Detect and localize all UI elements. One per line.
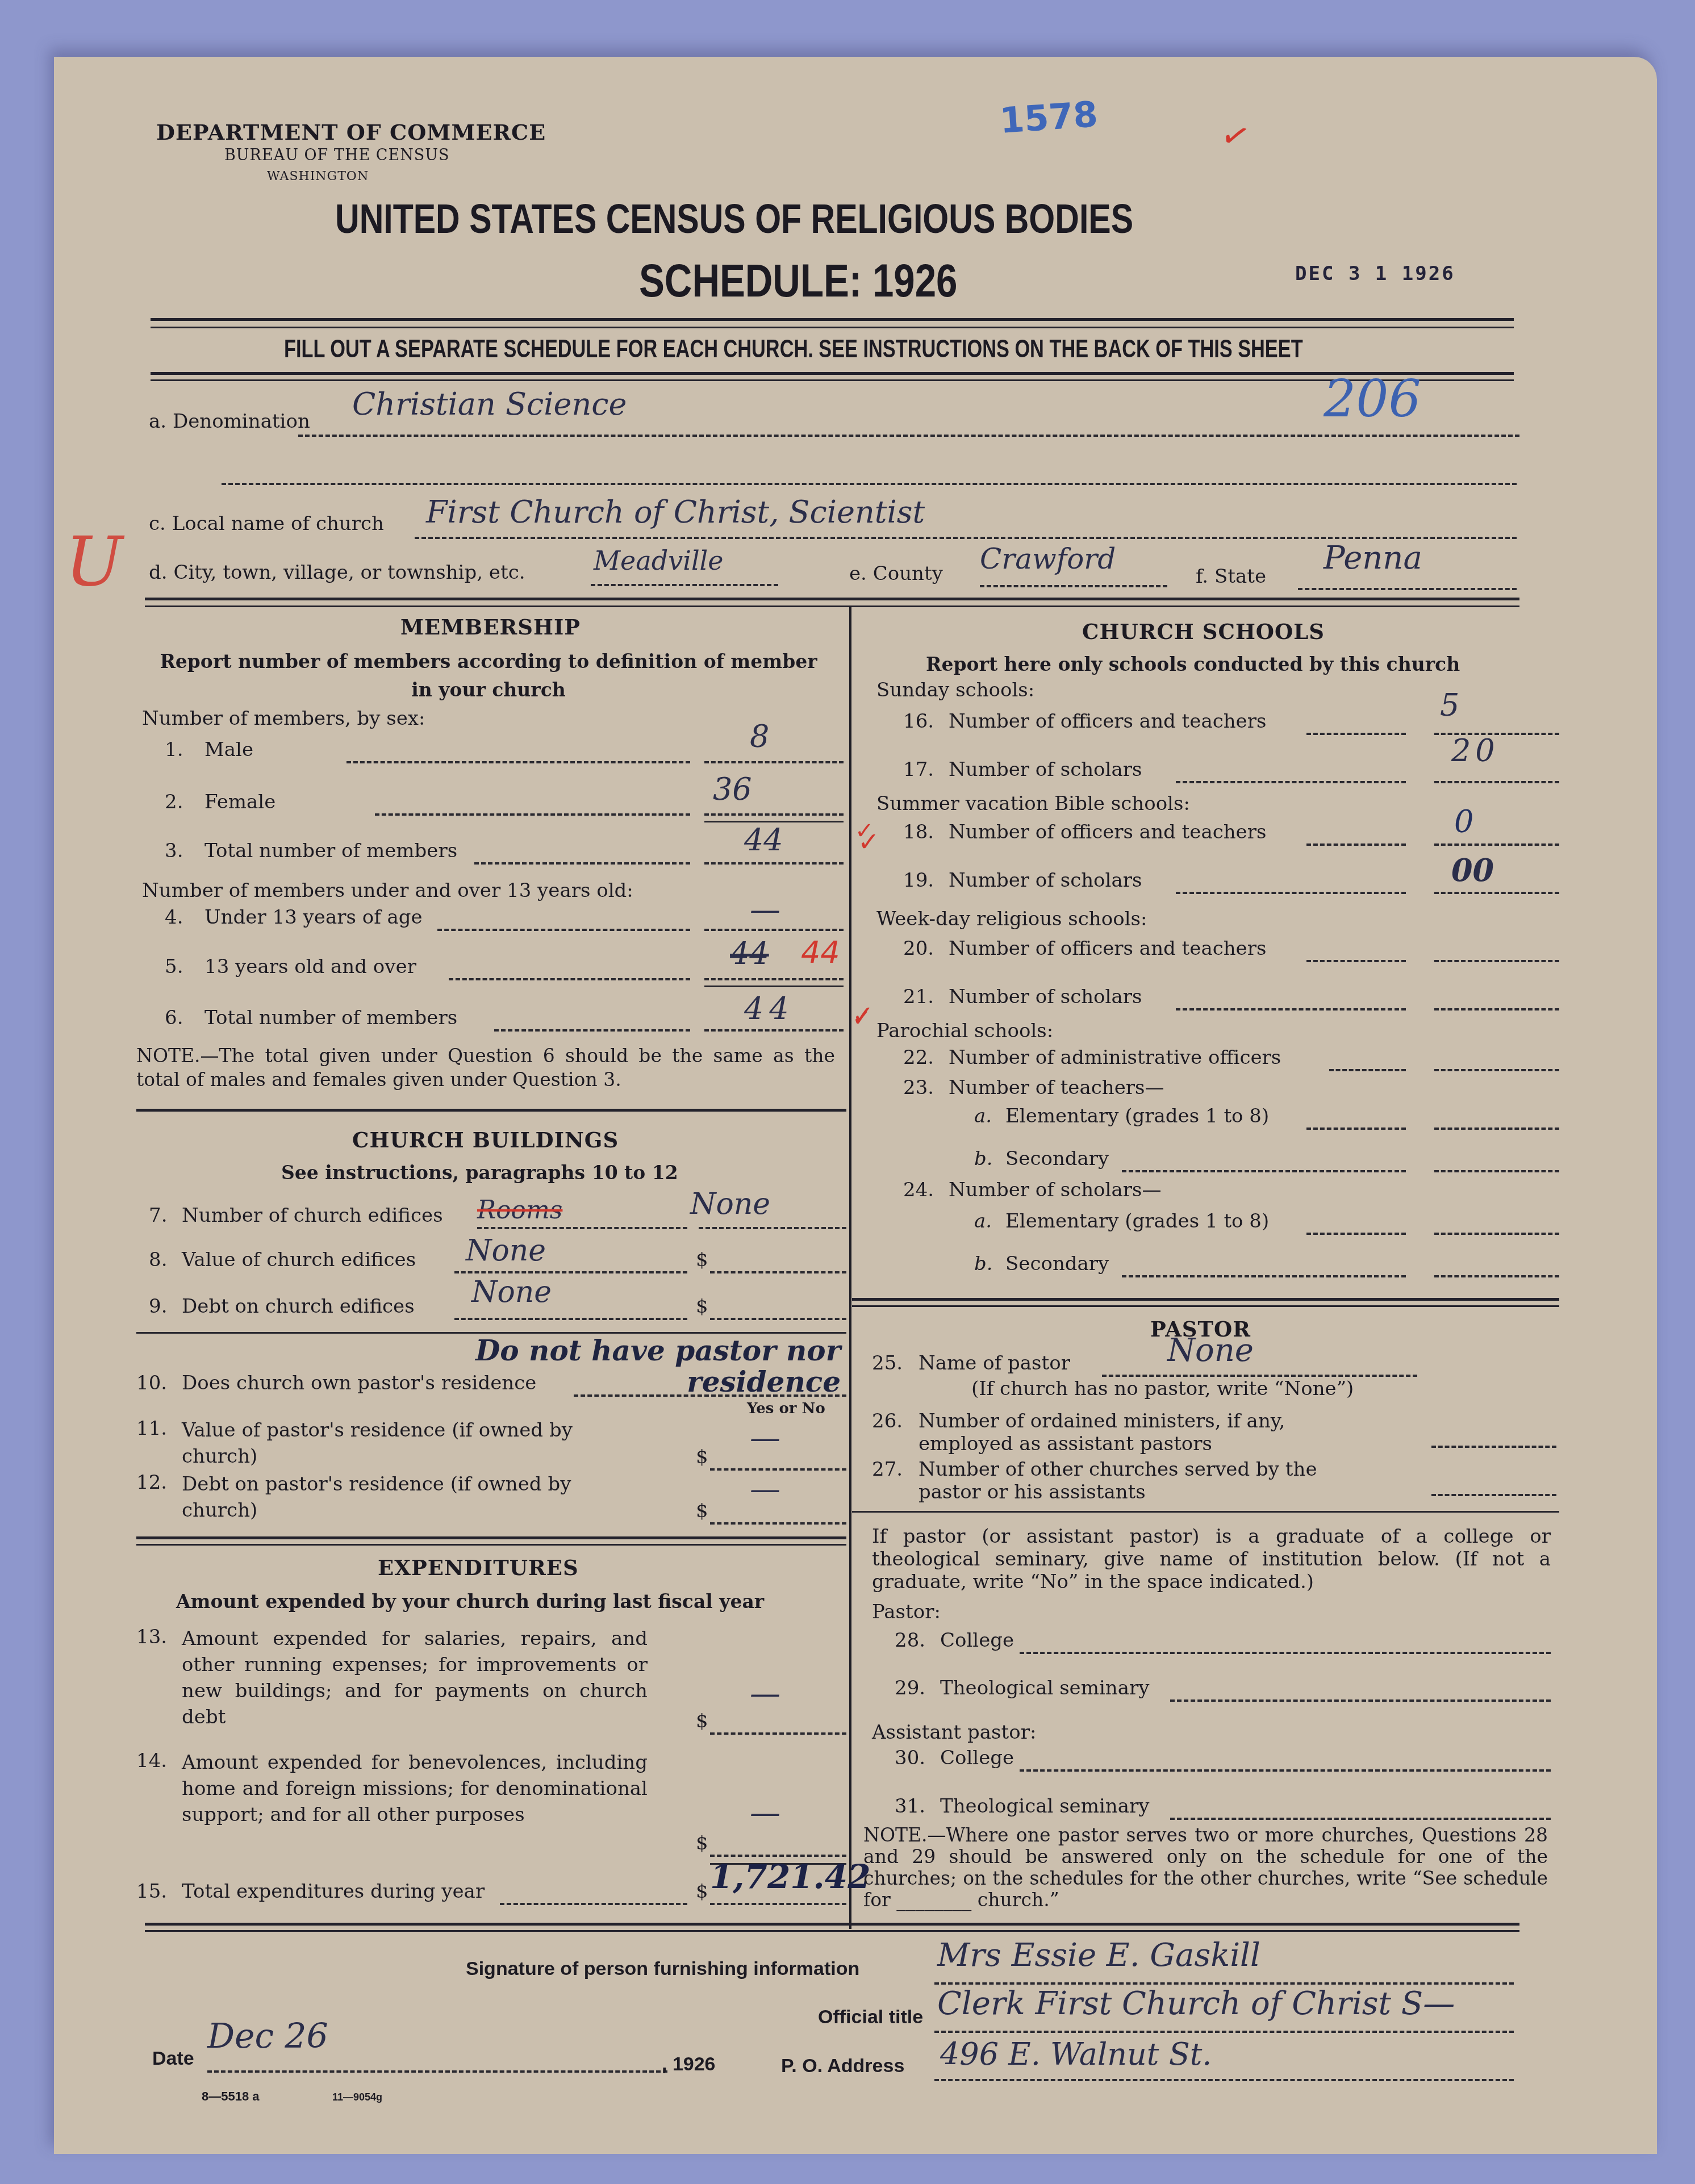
q12-label: Debt on pastor's residence (if owned by … [182,1471,648,1523]
q6-total-field[interactable]: 44 [744,991,795,1027]
q4-label: Under 13 years of age [204,906,423,929]
membership-heading: MEMBERSHIP [400,615,581,640]
q6-label: Total number of members [204,1007,457,1029]
q27-number: 27. [872,1458,903,1481]
membership-subheading: Report number of members according to de… [153,648,824,704]
instructions-banner: FILL OUT A SEPARATE SCHEDULE FOR EACH CH… [284,335,1303,364]
q23-label: Number of teachers— [949,1076,1164,1099]
q7-field-line [699,1227,846,1229]
membership-note: NOTE.—The total given under Question 6 s… [136,1044,835,1092]
q13-field-line [710,1732,846,1735]
q24a-letter: a. [974,1210,992,1233]
q5-struck-value: 44 [730,936,769,972]
state-field[interactable]: Penna [1324,540,1422,577]
q6-field-line [704,1029,844,1032]
q31-number: 31. [895,1795,925,1818]
county-field[interactable]: Crawford [980,542,1116,575]
q1-male-field[interactable]: 8 [750,719,769,754]
date-label: Date [152,2048,194,2070]
leader-dots [1306,1128,1406,1130]
age-group-label: Number of members under and over 13 year… [142,879,633,902]
state-label: f. State [1196,565,1266,588]
q3-field-line [704,862,844,865]
church-schools-heading: CHURCH SCHOOLS [1082,619,1325,644]
received-date-stamp: DEC 3 1 1926 [1295,262,1455,285]
official-title-field-line [934,2031,1514,2033]
section-rule [136,1544,846,1546]
church-schools-subheading: Report here only schools conducted by th… [926,653,1460,675]
q17-sunday-scholars-field[interactable]: 20 [1451,733,1500,769]
column-divider [849,605,851,1929]
q20-number: 20. [903,937,934,960]
summer-schools-label: Summer vacation Bible schools: [876,792,1190,815]
q26-label: Number of ordained ministers, if any, em… [919,1410,1367,1455]
q27-other-churches-field[interactable] [1431,1494,1556,1496]
leader-dots [1176,892,1406,894]
q1-label: Male [204,738,253,761]
q13-running-expenses-field[interactable]: — [750,1676,780,1711]
q16-label: Number of officers and teachers [949,710,1266,733]
q15-field-line [710,1903,846,1905]
signature-field[interactable]: Mrs Essie E. Gaskill [937,1937,1260,1974]
form-number: 8—5518 a [202,2089,260,2104]
city-field-line [591,584,778,586]
pastor-education-label: Pastor: [872,1601,941,1623]
leader-dots [454,1271,687,1273]
signature-label: Signature of person furnishing informati… [466,1958,859,1980]
state-field-line [1298,588,1517,590]
date-field[interactable]: Dec 26 [207,2016,328,2056]
q25-number: 25. [872,1352,903,1375]
leader-dots [1306,733,1406,735]
q30-label: College [940,1747,1014,1769]
review-tick-icon: ✓ [852,1005,871,1032]
leader-dots [449,978,690,980]
schedule-year: SCHEDULE: 1926 [639,254,958,308]
leader-dots [474,862,690,865]
q16-sunday-officers-field[interactable]: 5 [1440,687,1459,723]
q12-field-line [710,1522,846,1525]
section-rule [852,1511,1559,1513]
q24a-label: Elementary (grades 1 to 8) [1005,1210,1269,1233]
city-field[interactable]: Meadville [594,545,724,576]
q10-number: 10. [136,1372,167,1394]
denomination-continuation-line [222,483,1517,485]
leader-dots [346,761,690,763]
q25-label: Name of pastor [919,1352,1070,1375]
q25-pastor-name-field[interactable]: None [1167,1332,1254,1369]
q7-label: Number of church edifices [182,1204,443,1227]
q25-hint: (If church has no pastor, write “None”) [971,1377,1354,1400]
q17-label: Number of scholars [949,758,1142,781]
leader-dots [454,1318,687,1320]
leader-dots [375,813,690,816]
q4-number: 4. [165,906,183,929]
q29-seminary-field[interactable] [1170,1699,1551,1702]
q27-label: Number of other churches served by the p… [919,1458,1367,1504]
church-buildings-subheading: See instructions, paragraphs 10 to 12 [281,1162,678,1184]
q26-number: 26. [872,1410,903,1433]
header-rule [151,318,1514,321]
county-field-line [980,585,1167,587]
leader-dots [1176,1008,1406,1010]
q10-hint: Yes or No [747,1400,825,1417]
bureau-name: BUREAU OF THE CENSUS [224,147,450,164]
margin-mark: U [65,523,123,602]
q19-label: Number of scholars [949,869,1142,892]
section-rule [852,1298,1559,1301]
date-field-line [207,2070,667,2073]
q24-label: Number of scholars— [949,1179,1161,1201]
q23a-elementary-teachers-field[interactable] [1434,1128,1559,1130]
q25-field-line [1102,1375,1417,1377]
q15-total-expenditures-field[interactable]: 1,721.42 [710,1857,871,1896]
church-buildings-heading: CHURCH BUILDINGS [352,1128,619,1152]
county-label: e. County [849,562,943,585]
denomination-field[interactable]: Christian Science [352,386,627,422]
q3-number: 3. [165,840,183,862]
section-rule [136,1109,846,1112]
section-rule [145,605,1519,607]
leader-dots [500,1903,687,1905]
q21-weekday-scholars-field[interactable] [1434,1008,1559,1010]
dollar-sign: $ [696,1295,708,1318]
assistant-education-label: Assistant pastor: [872,1721,1036,1744]
q11-value-field[interactable]: — [750,1420,780,1456]
q23-number: 23. [903,1076,934,1099]
local-name-field[interactable]: First Church of Christ, Scientist [426,494,925,530]
q8-label: Value of church edifices [182,1248,416,1271]
q21-number: 21. [903,985,934,1008]
leader-dots [1122,1275,1406,1277]
q11-field-line [710,1468,846,1471]
weekday-schools-label: Week-day religious schools: [876,908,1147,930]
pastor-note: NOTE.—Where one pastor serves two or mor… [863,1824,1548,1911]
local-name-label: c. Local name of church [149,512,384,535]
q23a-label: Elementary (grades 1 to 8) [1005,1105,1269,1128]
footer-rule [145,1930,1519,1932]
bureau-city: WASHINGTON [267,169,369,183]
q7-struck-text: Rooms [477,1196,562,1225]
q24-number: 24. [903,1179,934,1201]
official-title-label: Official title [818,2006,923,2028]
dollar-sign: $ [696,1880,708,1903]
q19-summer-scholars-field[interactable]: 00 [1451,852,1494,888]
banner-rule [151,379,1514,381]
header-rule [151,327,1514,328]
q26-assistant-ministers-field[interactable] [1431,1446,1556,1448]
section-rule [145,598,1519,600]
q9-inline-value: None [471,1275,552,1309]
review-tick-icon: ✓ [855,818,874,844]
q13-number: 13. [136,1626,167,1648]
sunday-schools-label: Sunday schools: [876,679,1034,701]
dollar-sign: $ [696,1710,708,1732]
q14-benevolences-field[interactable]: — [750,1795,780,1831]
q11-label: Value of pastor's residence (if owned by… [182,1417,648,1469]
q1-field-line [704,761,844,763]
q1-number: 1. [165,738,183,761]
q2-female-field[interactable]: 36 [713,771,752,807]
expenditures-subheading: Amount expended by your church during la… [176,1590,764,1613]
po-address-label: P. O. Address [781,2055,904,2077]
q22-label: Number of administrative officers [949,1046,1281,1069]
dollar-sign: $ [696,1248,708,1271]
q23b-label: Secondary [1005,1147,1109,1170]
q20-label: Number of officers and teachers [949,937,1266,960]
q5-over13-field[interactable]: 44 [801,934,840,970]
q18-number: 18. [903,821,934,843]
q7-number: 7. [149,1204,167,1227]
leader-dots [494,1029,690,1032]
q16-number: 16. [903,710,934,733]
q14-number: 14. [136,1749,167,1772]
q21-label: Number of scholars [949,985,1142,1008]
department-name: DEPARTMENT OF COMMERCE [156,119,546,145]
leader-dots [1306,960,1406,962]
leader-dots [1176,781,1406,783]
q28-number: 28. [895,1629,925,1652]
q24a-elementary-scholars-field[interactable] [1434,1233,1559,1235]
q17-number: 17. [903,758,934,781]
q3-total-field[interactable]: 44 [744,822,783,858]
leader-dots [1329,1069,1406,1071]
q11-number: 11. [136,1417,167,1440]
section-rule [136,1536,846,1539]
denomination-label: a. Denomination [149,410,310,433]
section-rule [852,1305,1559,1307]
q30-college-field[interactable] [1020,1769,1551,1772]
local-name-field-line [415,537,1517,539]
leader-dots [1122,1170,1406,1172]
q8-inline-value: None [466,1234,546,1268]
parochial-schools-label: Parochial schools: [876,1020,1053,1042]
leader-dots [1306,1233,1406,1235]
q23a-letter: a. [974,1105,992,1128]
city-label: d. City, town, village, or township, etc… [149,561,525,584]
education-instructions: If pastor (or assistant pastor) is a gra… [872,1525,1551,1593]
q28-label: College [940,1629,1014,1652]
q5-label: 13 years old and over [204,955,416,978]
sum-rule [704,985,844,987]
q2-label: Female [204,791,275,813]
leader-dots [437,929,690,931]
q19-number: 19. [903,869,934,892]
q12-number: 12. [136,1471,167,1494]
q3-label: Total number of members [204,840,457,862]
dollar-sign: $ [696,1832,708,1855]
q23b-letter: b. [974,1147,993,1170]
banner-rule [151,372,1514,375]
denomination-field-line [298,435,1519,437]
q4-under13-field[interactable]: — [750,892,780,928]
q2-field-line [704,813,844,816]
q5-field-line [704,978,844,980]
po-address-field[interactable]: 496 E. Walnut St. [940,2036,1212,2072]
q15-number: 15. [136,1880,167,1903]
members-by-sex-label: Number of members, by sex: [142,707,425,730]
print-code: 11—9054g [332,2091,382,2103]
q15-label: Total expenditures during year [182,1880,485,1903]
form-title: UNITED STATES CENSUS OF RELIGIOUS BODIES [335,196,1133,243]
q6-number: 6. [165,1007,183,1029]
q31-label: Theological seminary [940,1795,1149,1818]
leader-dots [477,1227,687,1229]
q28-college-field[interactable] [1020,1652,1551,1654]
q17-field-line [1434,781,1559,783]
q12-debt-field[interactable]: — [750,1471,780,1507]
q8-number: 8. [149,1248,167,1271]
q29-label: Theological seminary [940,1677,1149,1699]
po-address-field-line [934,2079,1514,2081]
q4-field-line [704,929,844,931]
q7-edifices-field[interactable]: None [690,1187,770,1221]
leader-dots [1306,843,1406,846]
serial-number: 1578 [999,93,1099,141]
q18-field-line [1434,843,1559,846]
q30-number: 30. [895,1747,925,1769]
q13-label: Amount expended for salaries, repairs, a… [182,1626,648,1730]
q24b-secondary-scholars-field[interactable] [1434,1275,1559,1277]
q9-label: Debt on church edifices [182,1295,415,1318]
q18-summer-officers-field[interactable]: 0 [1454,804,1473,840]
footer-rule [145,1923,1519,1926]
q22-number: 22. [903,1046,934,1069]
q19-field-line [1434,892,1559,894]
q14-field-line [710,1855,846,1857]
q20-weekday-officers-field[interactable] [1434,960,1559,962]
q29-number: 29. [895,1677,925,1699]
denomination-code: 206 [1324,369,1421,429]
date-year: , 1926 [662,2053,716,2076]
dollar-sign: $ [696,1446,708,1468]
q22-admin-officers-field[interactable] [1434,1069,1559,1071]
q24b-letter: b. [974,1252,993,1275]
official-title-field[interactable]: Clerk First Church of Christ S— [937,1985,1455,2022]
q31-seminary-field[interactable] [1170,1818,1551,1820]
q24b-label: Secondary [1005,1252,1109,1275]
signature-field-line [934,1982,1514,1985]
q14-label: Amount expended for benevolences, includ… [182,1749,648,1828]
q5-number: 5. [165,955,183,978]
q2-number: 2. [165,791,183,813]
q9-debt-field[interactable] [710,1318,846,1320]
q23b-secondary-teachers-field[interactable] [1434,1170,1559,1172]
q9-number: 9. [149,1295,167,1318]
q8-value-field[interactable] [710,1271,846,1273]
expenditures-heading: EXPENDITURES [378,1555,579,1580]
dollar-sign: $ [696,1500,708,1522]
q18-label: Number of officers and teachers [949,821,1266,843]
q10-residence-field[interactable]: Do not have pastor nor residence [375,1335,841,1397]
